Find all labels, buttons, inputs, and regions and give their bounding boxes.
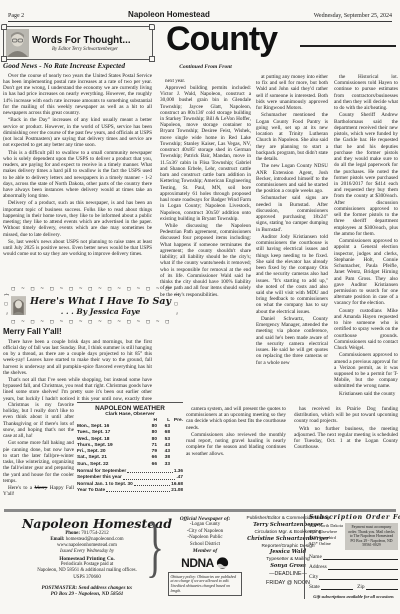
member-of-label: Member of <box>168 548 242 554</box>
price-item: $45* Online <box>309 541 343 547</box>
words-box-titles: Words For Thought... By Editor Terry Sch… <box>32 34 138 52</box>
county-column-2: at putting any money into either to fix … <box>256 74 328 400</box>
article-paragraph: Commissioners approved to appoint a Gene… <box>334 238 398 307</box>
frame-corner <box>149 24 155 30</box>
article-paragraph: Schumacher said signs are needed in Burn… <box>256 195 328 232</box>
page-number: Page 2 <box>8 13 24 19</box>
county-continued-column-b: has received its Prairie Dog funding dis… <box>294 406 398 504</box>
weather-observer: Clark Hase, Observer <box>77 412 183 417</box>
masthead-usps: USPS 370660 <box>22 575 152 581</box>
official-newspaper-block: Official Newspaper of: -Logan County -Ci… <box>168 516 242 596</box>
merry-fall-article: Merry Fall Y'all! There have been a coup… <box>3 327 152 401</box>
form-field-state-zip: StateZip <box>309 584 398 590</box>
words-for-thought-box: Words For Thought... By Editor Terry Sch… <box>3 26 153 60</box>
article-paragraph: Schumacher mentioned the Logan County Fo… <box>256 112 328 162</box>
paper-title: Napoleon Homestead <box>128 10 210 19</box>
article-paragraph: Commissioners also reviewed the monthly … <box>186 432 286 457</box>
form-field-address: Address <box>309 564 398 570</box>
article-paragraph: Auditor Jody Kristiansen told commission… <box>256 234 328 315</box>
masthead-divider-rule <box>4 509 396 512</box>
newspaper-page: Page 2 Napoleon Homestead Wednesday, Sep… <box>0 0 400 614</box>
payment-note-box: Payment must accompany order. Thank you.… <box>345 523 398 550</box>
decorative-border-bottom: □ ~ □ ~ □ ~ □ ~ □ ~ □ ~ □ ~ □ ~ □ <box>3 319 179 325</box>
article-paragraph: This is a difficult pill to swallow to a… <box>3 150 152 200</box>
merry-fall-article-continued: Christmas is my favorite holiday, but I … <box>3 402 74 506</box>
blank-line <box>328 569 398 570</box>
postmaster-note: POSTMASTER: Send address changes to: PO … <box>22 585 152 598</box>
article-paragraph: Daniel Schwartz, County Emergency Manage… <box>256 316 328 366</box>
gift-note: Gift subscriptions available for all occ… <box>309 594 398 599</box>
article-paragraph: That's not all that I've seen while shop… <box>3 377 152 401</box>
words-article: Good News - No Rate Increase Expected Ov… <box>3 62 152 284</box>
struck-word: Merry <box>34 485 47 491</box>
heres-what-i-have-to-say-box: □ ~ □ ~ □ ~ □ ~ □ ~ □ ~ □ ~ □ ~ □ { □ ~ … <box>3 286 179 324</box>
masthead-brace: } <box>146 512 164 580</box>
blank-line <box>366 589 398 590</box>
obituary-policy-box: Obituary policy: Obituaries are publishe… <box>168 572 242 596</box>
form-field-name: Name <box>309 554 398 560</box>
article-paragraph: Christmas is my favorite holiday, but I … <box>3 402 74 439</box>
article-headline: Good News - No Rate Increase Expected <box>3 62 152 71</box>
jessica-photo <box>11 293 26 318</box>
weather-summary-row: Year To Date21.08 <box>77 487 183 493</box>
closing-line: Here's to a Merry Happy Fall Y'all! <box>3 485 74 497</box>
article-paragraph: Delivery of a product, such as this news… <box>3 200 152 237</box>
column-header: Here's What I Have To Say . . . By Jessi… <box>3 292 179 319</box>
blank-line <box>319 579 398 580</box>
editor-photo <box>6 29 29 57</box>
blank-line <box>323 559 398 560</box>
price-list: $45* North Dakota $55* Elsewhere $47* Sn… <box>309 523 343 550</box>
column-title: Here's What I Have To Say <box>30 296 171 307</box>
issue-date: Wednesday, September 25, 2024 <box>314 13 392 19</box>
article-paragraph: Commissioners approved to amend a previo… <box>334 352 398 389</box>
masthead: Napoleon Homestead Phone: 701/754-2212 E… <box>0 514 400 610</box>
ndna-logo: NDNA <box>168 556 242 570</box>
article-paragraph: Approved building permits included: Vict… <box>160 85 251 222</box>
subscription-order-form: Subscription Order Form $45* North Dakot… <box>304 514 398 599</box>
article-paragraph: the Historical lot. Commissioners told H… <box>334 74 398 111</box>
column-title-block: Here's What I Have To Say . . . By Jessi… <box>30 296 171 316</box>
article-paragraph: County Sheriff Andrew Bartholomaus said … <box>334 112 398 237</box>
ndna-state-icon <box>216 557 229 569</box>
words-box-title: Words For Thought... <box>32 34 131 46</box>
county-continued-column-a: camera system, and will present the quot… <box>186 406 286 504</box>
article-paragraph: Over the course of nearly two years the … <box>3 73 152 117</box>
article-paragraph: So, last week's news about USPS not plan… <box>3 239 152 258</box>
article-paragraph: The new Logan County NDSU ANR Extension … <box>256 163 328 194</box>
article-paragraph: at putting any money into either to fix … <box>256 74 328 111</box>
blank-line <box>321 589 353 590</box>
article-paragraph: Got some more fall baking and pie cannin… <box>3 440 74 484</box>
masthead-printer: Homestead Printing Co. <box>22 556 152 563</box>
subscription-prices: $45* North Dakota $55* Elsewhere $47* Sn… <box>309 523 398 550</box>
article-paragraph: County custodians Mike and Amanda Hayen … <box>334 308 398 352</box>
masthead-paper-name: Napoleon Homestead <box>22 516 152 531</box>
decorative-border-right: { □ ~ } <box>173 293 179 317</box>
article-paragraph: “Back in the Day” increases of any kind … <box>3 117 152 148</box>
article-paragraph: With no further business, the meeting ad… <box>294 426 398 451</box>
column-byline: . . . By Jessica Faye <box>30 307 171 316</box>
county-column-1: Continued From Front next year. Approved… <box>160 62 251 400</box>
decorative-border-top: □ ~ □ ~ □ ~ □ ~ □ ~ □ ~ □ ~ □ ~ □ <box>3 286 179 292</box>
headline-rule <box>300 45 396 47</box>
article-paragraph: There have been a couple brisk days and … <box>3 339 152 376</box>
weather-title: NAPOLEON WEATHER <box>77 405 183 412</box>
county-column-3: the Historical lot. Commissioners told H… <box>334 74 398 400</box>
words-box-byline: By Editor Terry Schwartzenberger <box>32 47 138 52</box>
frame-corner <box>1 24 7 30</box>
article-paragraph: camera system, and will present the quot… <box>186 406 286 431</box>
article-headline: Merry Fall Y'all! <box>3 327 152 337</box>
article-paragraph: next year. <box>160 78 251 84</box>
subscription-title: Subscription Order Form <box>309 514 398 521</box>
county-headline: County <box>166 20 277 59</box>
decorative-border-left: { □ ~ } <box>3 293 9 317</box>
weather-table: NAPOLEON WEATHER Clark Hase, Observer H … <box>77 402 183 506</box>
masthead-contact-block: Napoleon Homestead Phone: 701/754-2212 E… <box>22 516 152 598</box>
form-field-city: City <box>309 574 398 580</box>
continued-from-front-label: Continued From Front <box>160 64 251 71</box>
masthead-postage: Napoleon, ND 58561 & additional mailing … <box>22 568 152 574</box>
article-paragraph: Kristiansen said the county <box>334 391 398 397</box>
article-paragraph: has received its Prairie Dog funding dis… <box>294 406 398 425</box>
